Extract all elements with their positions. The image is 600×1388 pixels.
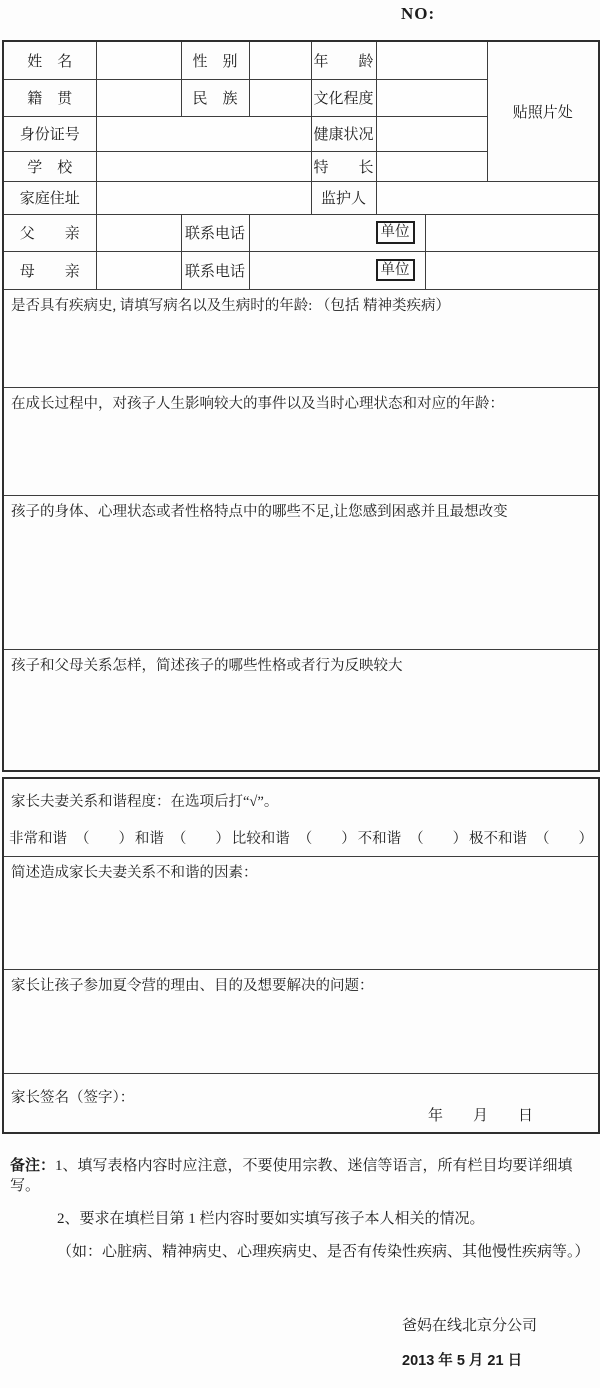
row-harmony: 家长夫妻关系和谐程度：在选项后打“√”。 非常和谐（ ） 和谐（ ） 比较和谐（… xyxy=(3,778,599,856)
gender-label: 性 别 xyxy=(181,41,249,79)
row-question-parent-relation: 孩子和父母关系怎样，简述孩子的哪些性格或者行为反映较大 xyxy=(3,649,599,771)
option-label: 非常和谐 xyxy=(9,831,67,847)
remark-line-2: 2、要求在填栏目第 1 栏内容时要如实填写孩子本人相关的情况。 xyxy=(10,1209,596,1229)
row-question-shortcomings: 孩子的身体、心理状态或者性格特点中的哪些不足,让您感到困惑并且最想改变 xyxy=(3,495,599,649)
gender-value-cell xyxy=(249,41,311,79)
father-label: 父 亲 xyxy=(3,214,96,251)
remark-text-1: 1、填写表格内容时应注意，不要使用宗教、迷信等语言，所有栏目均要详细填写。 xyxy=(10,1158,573,1194)
father-phone-label: 联系电话 xyxy=(181,214,249,251)
option-not-harmonious: 不和谐（ ） xyxy=(358,827,468,848)
company-name: 爸妈在线北京分公司 xyxy=(402,1316,537,1336)
row-mother: 母 亲 联系电话 单位 xyxy=(3,251,599,289)
father-work-unit-cell xyxy=(425,214,599,251)
native-place-value-cell xyxy=(96,79,181,116)
parent-survey-table: 家长夫妻关系和谐程度：在选项后打“√”。 非常和谐（ ） 和谐（ ） 比较和谐（… xyxy=(2,777,600,1134)
age-label: 年 龄 xyxy=(311,41,376,79)
school-value-cell xyxy=(96,151,311,181)
option-checkbox-parens: （ ） xyxy=(409,831,467,847)
education-label: 文化程度 xyxy=(311,79,376,116)
photo-area: 贴照片处 xyxy=(487,41,599,181)
row-signature: 家长签名（签字）： 年 月 日 xyxy=(3,1073,599,1133)
id-number-label: 身份证号 xyxy=(3,116,96,151)
mother-label: 母 亲 xyxy=(3,251,96,289)
remark-line-1: 备注：1、填写表格内容时应注意，不要使用宗教、迷信等语言，所有栏目均要详细填写。 xyxy=(10,1156,596,1196)
footer-date: 2013 年 5 月 21 日 xyxy=(402,1351,537,1371)
option-label: 极不和谐 xyxy=(469,831,527,847)
harmony-cell: 家长夫妻关系和谐程度：在选项后打“√”。 非常和谐（ ） 和谐（ ） 比较和谐（… xyxy=(3,778,599,856)
option-very-disharmonious: 极不和谐（ ） xyxy=(469,827,593,848)
footer: 爸妈在线北京分公司 2013 年 5 月 21 日 xyxy=(402,1316,537,1371)
option-harmonious: 和谐（ ） xyxy=(135,827,230,848)
row-name: 姓 名 性 别 年 龄 贴照片处 xyxy=(3,41,599,79)
ethnicity-label: 民 族 xyxy=(181,79,249,116)
mother-work-unit-label: 单位 xyxy=(376,259,415,282)
mother-phone-label: 联系电话 xyxy=(181,251,249,289)
option-fairly-harmonious: 比较和谐（ ） xyxy=(232,827,356,848)
question-growth-events: 在成长过程中，对孩子人生影响较大的事件以及当时心理状态和对应的年龄： xyxy=(3,387,599,495)
education-value-cell xyxy=(376,79,487,116)
option-very-harmonious: 非常和谐（ ） xyxy=(9,827,133,848)
row-question-discord: 简述造成家长夫妻关系不和谐的因素： xyxy=(3,856,599,969)
form-number-label: NO: xyxy=(401,4,435,24)
guardian-value-cell xyxy=(376,181,599,214)
option-checkbox-parens: （ ） xyxy=(172,831,230,847)
ethnicity-value-cell xyxy=(249,79,311,116)
mother-name-cell xyxy=(96,251,181,289)
specialty-label: 特 长 xyxy=(311,151,376,181)
health-label: 健康状况 xyxy=(311,116,376,151)
question-disease-history: 是否具有疾病史, 请填写病名以及生病时的年龄: （包括 精神类疾病） xyxy=(3,289,599,387)
id-number-value-cell xyxy=(96,116,311,151)
guardian-label: 监护人 xyxy=(311,181,376,214)
question-camp-reasons: 家长让孩子参加夏令营的理由、目的及想要解决的问题： xyxy=(3,969,599,1073)
harmony-title: 家长夫妻关系和谐程度：在选项后打“√”。 xyxy=(4,779,598,811)
row-father: 父 亲 联系电话 单位 xyxy=(3,214,599,251)
name-value-cell xyxy=(96,41,181,79)
harmony-options: 非常和谐（ ） 和谐（ ） 比较和谐（ ） 不和谐（ ） 极不和谐（ ） xyxy=(9,827,593,848)
option-label: 和谐 xyxy=(135,831,164,847)
row-question-growth: 在成长过程中，对孩子人生影响较大的事件以及当时心理状态和对应的年龄： xyxy=(3,387,599,495)
option-checkbox-parens: （ ） xyxy=(75,831,133,847)
row-question-camp: 家长让孩子参加夏令营的理由、目的及想要解决的问题： xyxy=(3,969,599,1073)
option-label: 不和谐 xyxy=(358,831,402,847)
row-question-disease: 是否具有疾病史, 请填写病名以及生病时的年龄: （包括 精神类疾病） xyxy=(3,289,599,387)
mother-phone-cell: 单位 xyxy=(249,251,425,289)
health-value-cell xyxy=(376,116,487,151)
date-blank-label: 年 月 日 xyxy=(428,1104,533,1125)
option-checkbox-parens: （ ） xyxy=(535,831,593,847)
remarks-section: 备注：1、填写表格内容时应注意，不要使用宗教、迷信等语言，所有栏目均要详细填写。… xyxy=(10,1156,596,1275)
option-checkbox-parens: （ ） xyxy=(298,831,356,847)
question-discord-factors: 简述造成家长夫妻关系不和谐的因素： xyxy=(3,856,599,969)
age-value-cell xyxy=(376,41,487,79)
address-label: 家庭住址 xyxy=(3,181,96,214)
father-phone-cell: 单位 xyxy=(249,214,425,251)
row-address: 家庭住址 监护人 xyxy=(3,181,599,214)
signature-label: 家长签名（签字）： xyxy=(4,1074,598,1107)
option-label: 比较和谐 xyxy=(232,831,290,847)
question-parent-relation: 孩子和父母关系怎样，简述孩子的哪些性格或者行为反映较大 xyxy=(3,649,599,771)
remarks-label: 备注： xyxy=(10,1158,55,1174)
father-work-unit-label: 单位 xyxy=(376,221,415,244)
school-label: 学 校 xyxy=(3,151,96,181)
question-shortcomings: 孩子的身体、心理状态或者性格特点中的哪些不足,让您感到困惑并且最想改变 xyxy=(3,495,599,649)
name-label: 姓 名 xyxy=(3,41,96,79)
address-value-cell xyxy=(96,181,311,214)
native-place-label: 籍 贯 xyxy=(3,79,96,116)
remark-line-3: （如：心脏病、精神病史、心理疾病史、是否有传染性疾病、其他慢性疾病等。） xyxy=(10,1242,596,1262)
mother-work-unit-cell xyxy=(425,251,599,289)
father-name-cell xyxy=(96,214,181,251)
signature-cell: 家长签名（签字）： 年 月 日 xyxy=(3,1073,599,1133)
personal-info-table: 姓 名 性 别 年 龄 贴照片处 籍 贯 民 族 文化程度 身份证号 健康状况 … xyxy=(2,40,600,772)
specialty-value-cell xyxy=(376,151,487,181)
